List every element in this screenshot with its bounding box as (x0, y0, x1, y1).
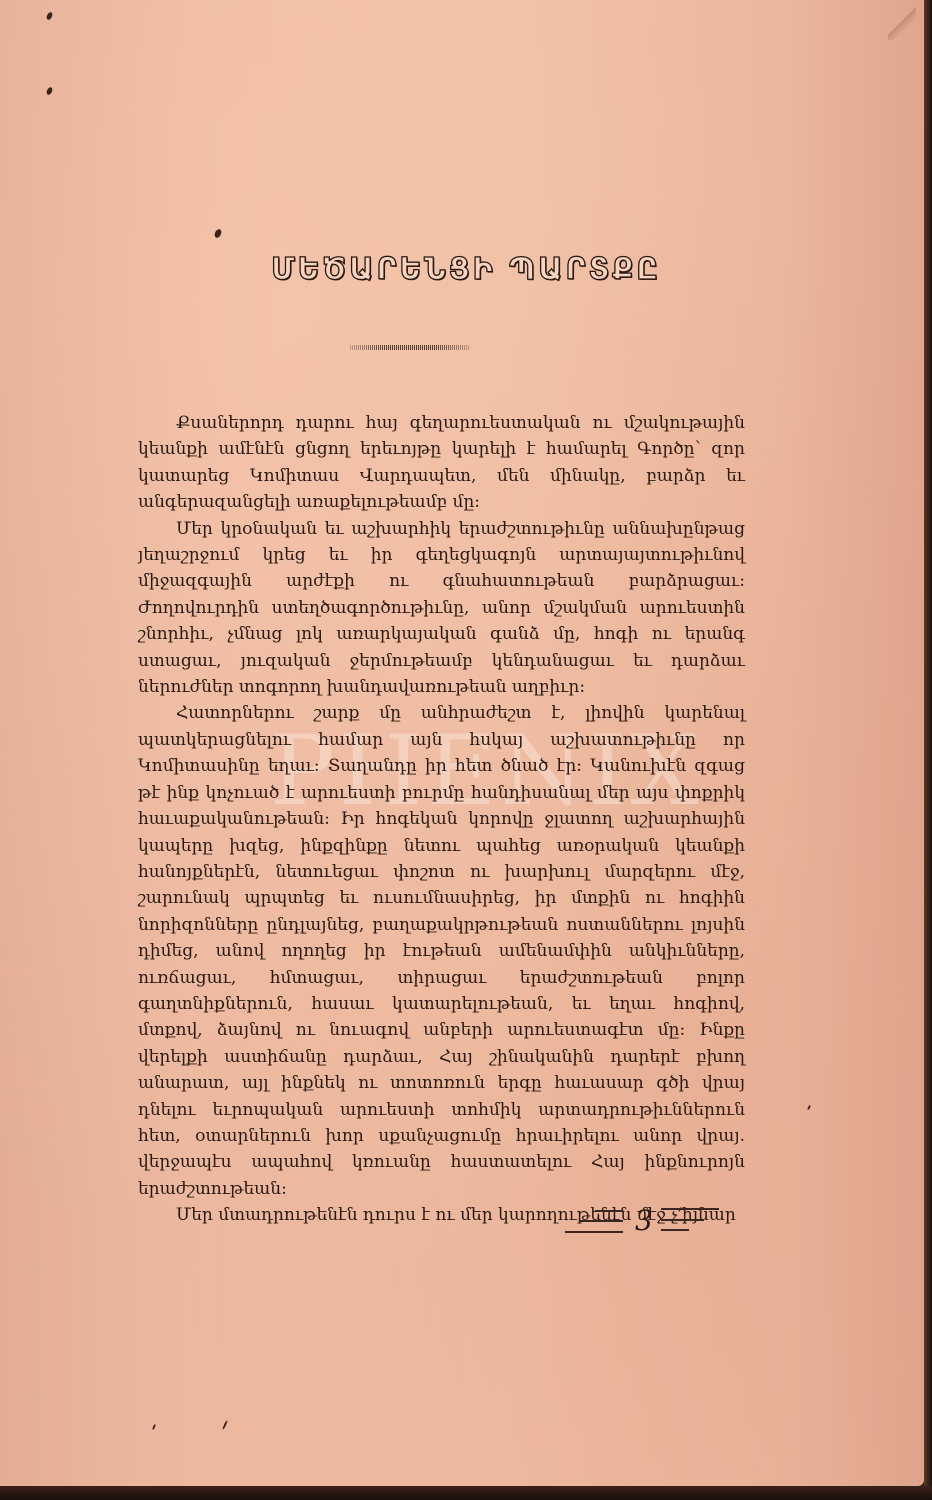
footer-rule (580, 1220, 623, 1222)
page-corner-fold (888, 0, 916, 40)
body-text: Քսաներորդ դարու հայ գեղարուեստական ու մշ… (138, 410, 745, 1229)
paper-speck (222, 1420, 228, 1430)
scanned-page: ՄԵԾԱՐԵՆՑԻ ՊԱՐՏՔԸ PHENIX Քսաներորդ դարու … (0, 0, 924, 1486)
footer-rule (565, 1231, 623, 1233)
page-number: 3 (635, 1204, 653, 1237)
paragraph: Մեր կրօնական եւ աշխարհիկ երաժշտութիւնը ա… (138, 516, 745, 701)
footer-rule (661, 1229, 689, 1231)
paper-speck (807, 1105, 811, 1110)
page-title: ՄԵԾԱՐԵՆՑԻ ՊԱՐՏՔԸ (0, 252, 932, 287)
paragraph: Հատորներու շարք մը անհրաժեշտ է, լիովին կ… (138, 700, 745, 1202)
page-number-footer: 3 (565, 1200, 720, 1250)
scan-edge-bottom (0, 1486, 932, 1500)
footer-rule (661, 1208, 719, 1210)
scan-edge-right (924, 0, 932, 1500)
paragraph: Քսաներորդ դարու հայ գեղարուեստական ու մշ… (138, 410, 745, 516)
paper-speck (46, 86, 54, 95)
paper-speck (213, 228, 222, 239)
paper-speck (152, 1424, 156, 1430)
footer-rule (595, 1210, 623, 1212)
paper-speck (46, 11, 54, 20)
title-ornament-divider (350, 345, 470, 350)
footer-rule (661, 1219, 704, 1221)
